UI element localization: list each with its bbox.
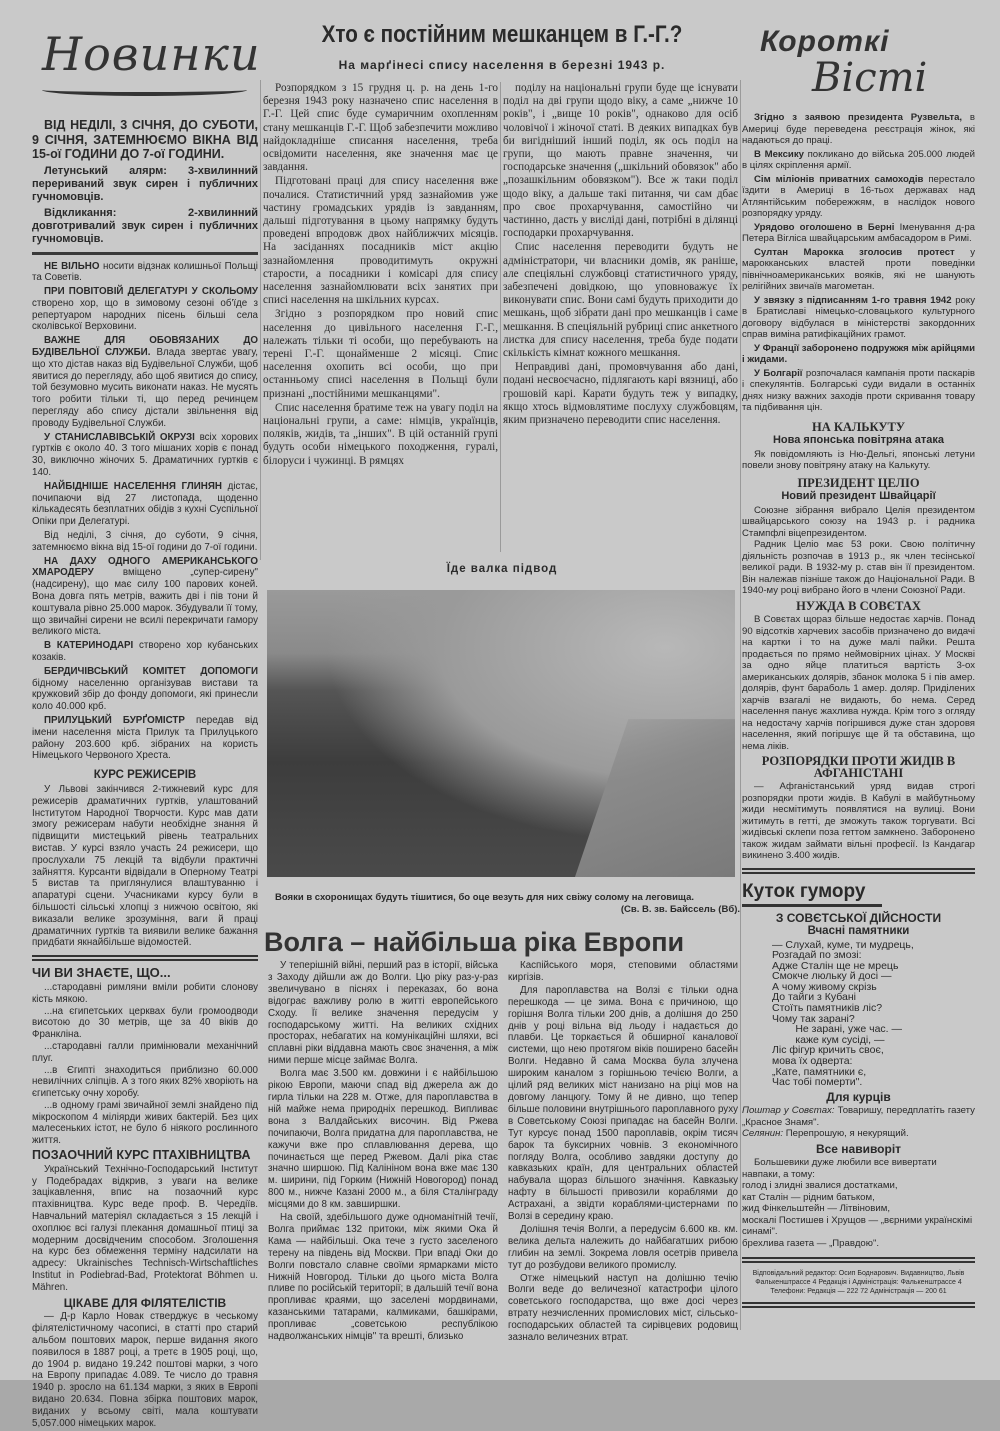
news-item: Сім міліонів приватних самоходів переста… (742, 174, 975, 220)
masthead-visti-bottom: Вісті (752, 58, 982, 98)
census-column-1: Розпорядком з 15 грудня ц. р. на день 1-… (263, 82, 498, 469)
news-item: Від неділі, 3 січня, до суботи, 9 січня,… (32, 530, 258, 554)
right-column: Згідно з заявою президента Рузвельта, в … (742, 112, 975, 1314)
news-item: НАЙБІДНІШЕ НАСЕЛЕННЯ ГЛИНЯН дістає, почи… (32, 481, 258, 528)
smokers-title: Для курців (742, 1092, 975, 1104)
news-item-head: ПРИЛУЦЬКИЙ БУРҐОМІСТР (44, 715, 185, 726)
article-paragraph: Долішня течія Волги, а передусім 6.600 к… (508, 1224, 738, 1272)
news-item: В Мексику покликано до війська 205.000 л… (742, 149, 975, 172)
news-item: В КАТЕРИНОДАРІ створено хор кубанських к… (32, 640, 258, 664)
newspaper-page: Новинки ВІД НЕДІЛІ, 3 СІЧНЯ, ДО СУБОТИ, … (0, 0, 1000, 1380)
article-paragraph: Розпорядком з 15 грудня ц. р. на день 1-… (263, 82, 498, 174)
celio-subtitle: Новий президент Швайцарії (742, 491, 975, 503)
news-item-text: Влада звертає увагу, що хто дістав наказ… (32, 347, 258, 429)
calcutta-subtitle: Нова японська повітряна атака (742, 435, 975, 447)
news-item-head: НАЙБІДНІШЕ НАСЕЛЕННЯ ГЛИНЯН (44, 481, 222, 492)
calcutta-title: НА КАЛЬКУТУ (742, 422, 975, 434)
reverse-title: Все навиворіт (742, 1144, 975, 1156)
didyouknow-item: ...в одному грамі звичайної землі знайде… (32, 1100, 258, 1147)
reverse-line: Большевики дуже любили все вивертати нав… (742, 1157, 975, 1180)
poem-line: Час тобі померти". (772, 1077, 975, 1088)
news-item-head: У Болгарії (754, 368, 803, 379)
census-headline: Хто є постійним мешканцем в Г.-Г.? (296, 20, 709, 50)
news-item-head: ПРИ ПОВІТОВІЙ ДЕЛЕГАТУРІ У СКОЛЬОМУ (44, 286, 258, 297)
news-item: У Франції заборонено подружжя між арійця… (742, 343, 975, 366)
article-paragraph: Спис населення братиме теж на увагу поді… (263, 402, 498, 468)
census-subtitle: На марґінесі спису населення в березні 1… (262, 58, 742, 72)
photo-caption: Вояки в схоронищах будуть тішитися, бо о… (275, 892, 735, 904)
masthead-swash (42, 84, 247, 96)
column-rule (260, 80, 261, 560)
news-item: У СТАНИСЛАВІВСЬКІЙ ОКРУЗІ всіх хорових г… (32, 432, 258, 479)
news-item: БЕРДИЧІВСЬКИЙ КОМІТЕТ ДОПОМОГИ бідному н… (32, 666, 258, 713)
article-paragraph: На своїй, здебільшого дуже одноманітній … (268, 1212, 498, 1343)
didyouknow-item: ...стародавні галли примінювали механічн… (32, 1041, 258, 1065)
dialog-text: Перепрошую, я некурящий. (786, 1128, 909, 1139)
article-paragraph: Підготовані праці для спису населення вж… (263, 175, 498, 307)
calcutta-text: Як повідомляють із Ню-Дельгі, японські л… (742, 449, 975, 472)
news-item: Султан Марокка зголосив протест у марокк… (742, 247, 975, 293)
celio-title: ПРЕЗИДЕНТ ЦЕЛІО (742, 478, 975, 490)
short-news-list: НЕ ВІЛЬНО носити відзнак колишньої Польщ… (32, 261, 258, 763)
reverse-line: москалі Постишев і Хрущов — „вєрними укр… (742, 1215, 975, 1238)
reverse-line: брехлива газета — „Правдою". (742, 1238, 975, 1250)
news-item-head: У Франції заборонено подружжя між арійця… (742, 343, 975, 366)
divider (32, 955, 258, 961)
philately-text: — Д-р Карло Новак стверджує в чеському ф… (32, 1311, 258, 1429)
need-text: В Совєтах щораз більше недостає харчів. … (742, 614, 975, 752)
humor-section: З СОВЄТСЬКОЇ ДІЙСНОСТИ (742, 913, 975, 925)
wagon-train-photo (267, 590, 735, 877)
news-item: ПРИ ПОВІТОВІЙ ДЕЛЕГАТУРІ У СКОЛЬОМУ ство… (32, 286, 258, 333)
article-paragraph: Неправдиві дані, промовчування або дані,… (503, 361, 738, 427)
celio-text-1: Союзне зібрання вибрало Целія президенто… (742, 505, 975, 540)
news-item: НА ДАХУ ОДНОГО АМЕРИКАНСЬКОГО ХМАРОДЕРУ … (32, 556, 258, 639)
news-item-head: НЕ ВІЛЬНО (44, 261, 99, 272)
imprint: Відповідальний редактор: Осип Боднарович… (742, 1269, 975, 1296)
course-text: У Львові закінчився 2-тижневий курс для … (32, 784, 258, 949)
divider (742, 1257, 975, 1263)
news-item-head: Урядово оголошено в Берні (754, 222, 894, 233)
poem: — Слухай, куме, ти мудрець,Розгадай по з… (742, 940, 975, 1088)
didyouknow-item: ...на єгипетських церквах були громоодво… (32, 1006, 258, 1041)
article-paragraph: Для пароплавства на Волзі є тільки одна … (508, 985, 738, 1223)
article-paragraph: Каспійського моря, степовими областями к… (508, 960, 738, 984)
news-item-head: В КАТЕРИНОДАРІ (44, 640, 133, 651)
news-item: Згідно з заявою президента Рузвельта, в … (742, 112, 975, 147)
philately-title: ЦІКАВЕ ДЛЯ ФІЛЯТЕЛІСТІВ (32, 1298, 258, 1310)
afghan-text: — Афганістанський уряд видав строгі розп… (742, 781, 975, 862)
volga-headline: Волга – найбільша ріка Европи (264, 925, 744, 959)
news-item-text: створено хор, що в зимовому сезоні об'їд… (32, 298, 258, 333)
photo-credit: (Св. В. зв. Байссель (Вб). (520, 904, 740, 916)
photo-title: Їде валка підвод (262, 563, 742, 575)
news-item: У звязку з підписанням 1-го травня 1942 … (742, 295, 975, 341)
article-paragraph: Згідно з розпорядком про новий спис насе… (263, 308, 498, 400)
reverse-list: Большевики дуже любили все вивертати нав… (742, 1157, 975, 1249)
smokers-dialog: Поштар у Совєтах: Товаришу, передплатіть… (742, 1105, 975, 1140)
course-title: КУРС РЕЖИСЕРІВ (32, 770, 258, 782)
need-title: НУЖДА В СОВЄТАХ (742, 601, 975, 613)
brief-news-list: Згідно з заявою президента Рузвельта, в … (742, 112, 975, 414)
didyouknow-title: ЧИ ВИ ЗНАЄТЕ, ЩО... (32, 967, 258, 979)
masthead-korotki-top: Короткі (752, 26, 982, 58)
news-item-head: Згідно з заявою президента Рузвельта, (754, 112, 962, 123)
reverse-line: кат Сталін — рідним батьком, (742, 1192, 975, 1204)
dialog-line: Поштар у Совєтах: Товаришу, передплатіть… (742, 1105, 975, 1128)
volga-column-2: Каспійського моря, степовими областями к… (508, 960, 738, 1345)
news-item: У Болгарії розпочалася кампанія проти па… (742, 368, 975, 414)
news-item-head: Сім міліонів приватних самоходів (754, 174, 923, 185)
left-column: ВІД НЕДІЛІ, 3 СІЧНЯ, ДО СУБОТИ, 9 СІЧНЯ,… (32, 118, 258, 1429)
news-item-head: БЕРДИЧІВСЬКИЙ КОМІТЕТ ДОПОМОГИ (44, 666, 258, 677)
road-in-photo (557, 719, 735, 877)
reverse-line: жид Фінкельштейн — Літвіновим, (742, 1203, 975, 1215)
article-paragraph: Отже німецький наступ на долішню течію В… (508, 1273, 738, 1344)
census-column-2: поділу на національні групи буде ще існу… (503, 82, 738, 428)
volga-column-1: У теперішній війні, перший раз в історії… (268, 960, 498, 1344)
poultry-text: Український Технічно-Господарський Інсти… (32, 1164, 258, 1294)
news-item-head: Султан Марокка зголосив протест (754, 247, 955, 258)
article-paragraph: Спис населення переводити будуть не адмі… (503, 241, 738, 360)
column-rule (740, 80, 741, 1330)
divider (742, 1302, 975, 1308)
didyouknow-item: ...стародавні римляни вміли робити слоно… (32, 982, 258, 1006)
blackout-lead: ВІД НЕДІЛІ, 3 СІЧНЯ, ДО СУБОТИ, 9 СІЧНЯ,… (32, 118, 258, 162)
news-item-head: У звязку з підписанням 1-го травня 1942 (754, 295, 952, 306)
news-item-text: бідному населенню організував вистави та… (32, 678, 258, 713)
news-item: Урядово оголошено в Берні Іменування д-р… (742, 222, 975, 245)
dialog-speaker: Поштар у Совєтах: (742, 1105, 835, 1116)
afghan-title: РОЗПОРЯДКИ ПРОТИ ЖИДІВ В АФГАНІСТАНІ (742, 756, 975, 779)
reverse-line: голод і злидні звалися достатками, (742, 1180, 975, 1192)
article-paragraph: У теперішній війні, перший раз в історії… (268, 960, 498, 1067)
news-item: ПРИЛУЦЬКИЙ БУРҐОМІСТР передав від імени … (32, 715, 258, 762)
news-item: НЕ ВІЛЬНО носити відзнак колишньої Польщ… (32, 261, 258, 285)
column-rule (500, 82, 501, 552)
alarm-note: Летунський алярм: 3-хвилинний переривани… (32, 165, 258, 204)
divider (742, 868, 975, 874)
didyouknow-list: ...стародавні римляни вміли робити слоно… (32, 982, 258, 1147)
masthead-korotki: Короткі Вісті (752, 26, 982, 106)
recall-note: Відкликання: 2-хвилинний довготривалий з… (32, 207, 258, 246)
news-item-head: В Мексику (754, 149, 804, 160)
news-item-head: У СТАНИСЛАВІВСЬКІЙ ОКРУЗІ (44, 432, 195, 443)
poultry-title: ПОЗАОЧНИЙ КУРС ПТАХІВНИЦТВА (32, 1150, 258, 1162)
masthead-novynky-title: Новинки (42, 28, 252, 80)
didyouknow-item: ...в Єгипті знаходиться приблизно 60.000… (32, 1065, 258, 1100)
dialog-speaker: Селянин: (742, 1128, 783, 1139)
divider (32, 252, 258, 255)
article-paragraph: поділу на національні групи буде ще існу… (503, 82, 738, 240)
news-item: ВАЖНЕ ДЛЯ ОБОВЯЗАНИХ ДО БУДІВЕЛЬНОЇ СЛУЖ… (32, 335, 258, 429)
humor-title: Куток гумору (742, 880, 882, 907)
dialog-line: Селянин: Перепрошую, я некурящий. (742, 1128, 975, 1140)
masthead-novynky: Новинки (42, 28, 252, 98)
poem-title: Вчасні памятники (742, 926, 975, 938)
news-item-text: Від неділі, 3 січня, до суботи, 9 січня,… (32, 530, 258, 553)
celio-text-2: Радник Целіо має 53 роки. Свою політичну… (742, 539, 975, 597)
article-paragraph: Волга має 3.500 км. довжини і є найбільш… (268, 1068, 498, 1211)
